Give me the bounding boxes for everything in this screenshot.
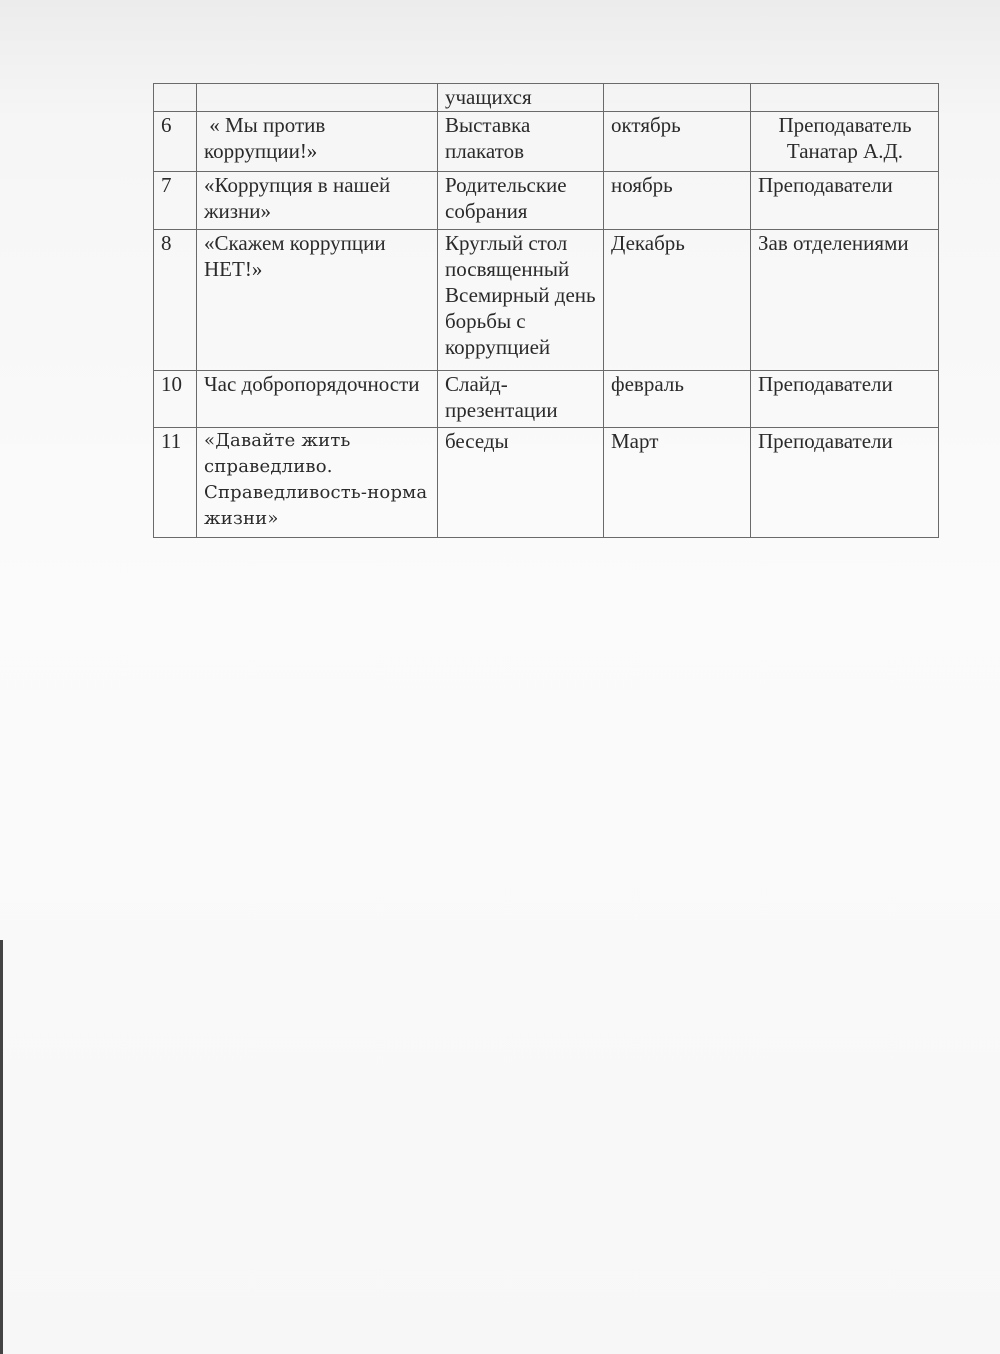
table-row: 6 « Мы против коррупции!» Выставка плака… [154, 112, 939, 172]
cell-title [197, 84, 438, 112]
table-row: 10 Час добропорядочности Слайд-презентац… [154, 371, 939, 428]
cell-title: «Давайте жить справедливо. Справедливост… [197, 428, 438, 538]
table-row: 8 «Скажем коррупции НЕТ!» Круглый стол п… [154, 230, 939, 371]
page-edge-shadow [0, 940, 3, 1354]
cell-number [154, 84, 197, 112]
cell-date: Декабрь [604, 230, 751, 371]
cell-date: Март [604, 428, 751, 538]
cell-number: 6 [154, 112, 197, 172]
cell-form: учащихся [438, 84, 604, 112]
cell-title: «Коррупция в нашей жизни» [197, 172, 438, 230]
cell-number: 11 [154, 428, 197, 538]
cell-responsible: Зав отделениями [751, 230, 939, 371]
cell-date: ноябрь [604, 172, 751, 230]
cell-date: февраль [604, 371, 751, 428]
table-row: 7 «Коррупция в нашей жизни» Родительские… [154, 172, 939, 230]
cell-form: беседы [438, 428, 604, 538]
cell-number: 8 [154, 230, 197, 371]
cell-number: 7 [154, 172, 197, 230]
cell-responsible [751, 84, 939, 112]
table-row: 11 «Давайте жить справедливо. Справедлив… [154, 428, 939, 538]
cell-responsible: Преподаватели [751, 428, 939, 538]
cell-title: Час добропорядочности [197, 371, 438, 428]
cell-title: «Скажем коррупции НЕТ!» [197, 230, 438, 371]
cell-title: « Мы против коррупции!» [197, 112, 438, 172]
cell-number: 10 [154, 371, 197, 428]
cell-form: Выставка плакатов [438, 112, 604, 172]
cell-form: Слайд-презентации [438, 371, 604, 428]
cell-date: октябрь [604, 112, 751, 172]
cell-responsible: Преподаватель Танатар А.Д. [751, 112, 939, 172]
cell-form: Круглый стол посвященный Всемирный день … [438, 230, 604, 371]
table-row: учащихся [154, 84, 939, 112]
cell-responsible: Преподаватели [751, 371, 939, 428]
cell-form: Родительские собрания [438, 172, 604, 230]
cell-date [604, 84, 751, 112]
cell-responsible: Преподаватели [751, 172, 939, 230]
events-table: учащихся 6 « Мы против коррупции!» Выста… [153, 83, 939, 538]
